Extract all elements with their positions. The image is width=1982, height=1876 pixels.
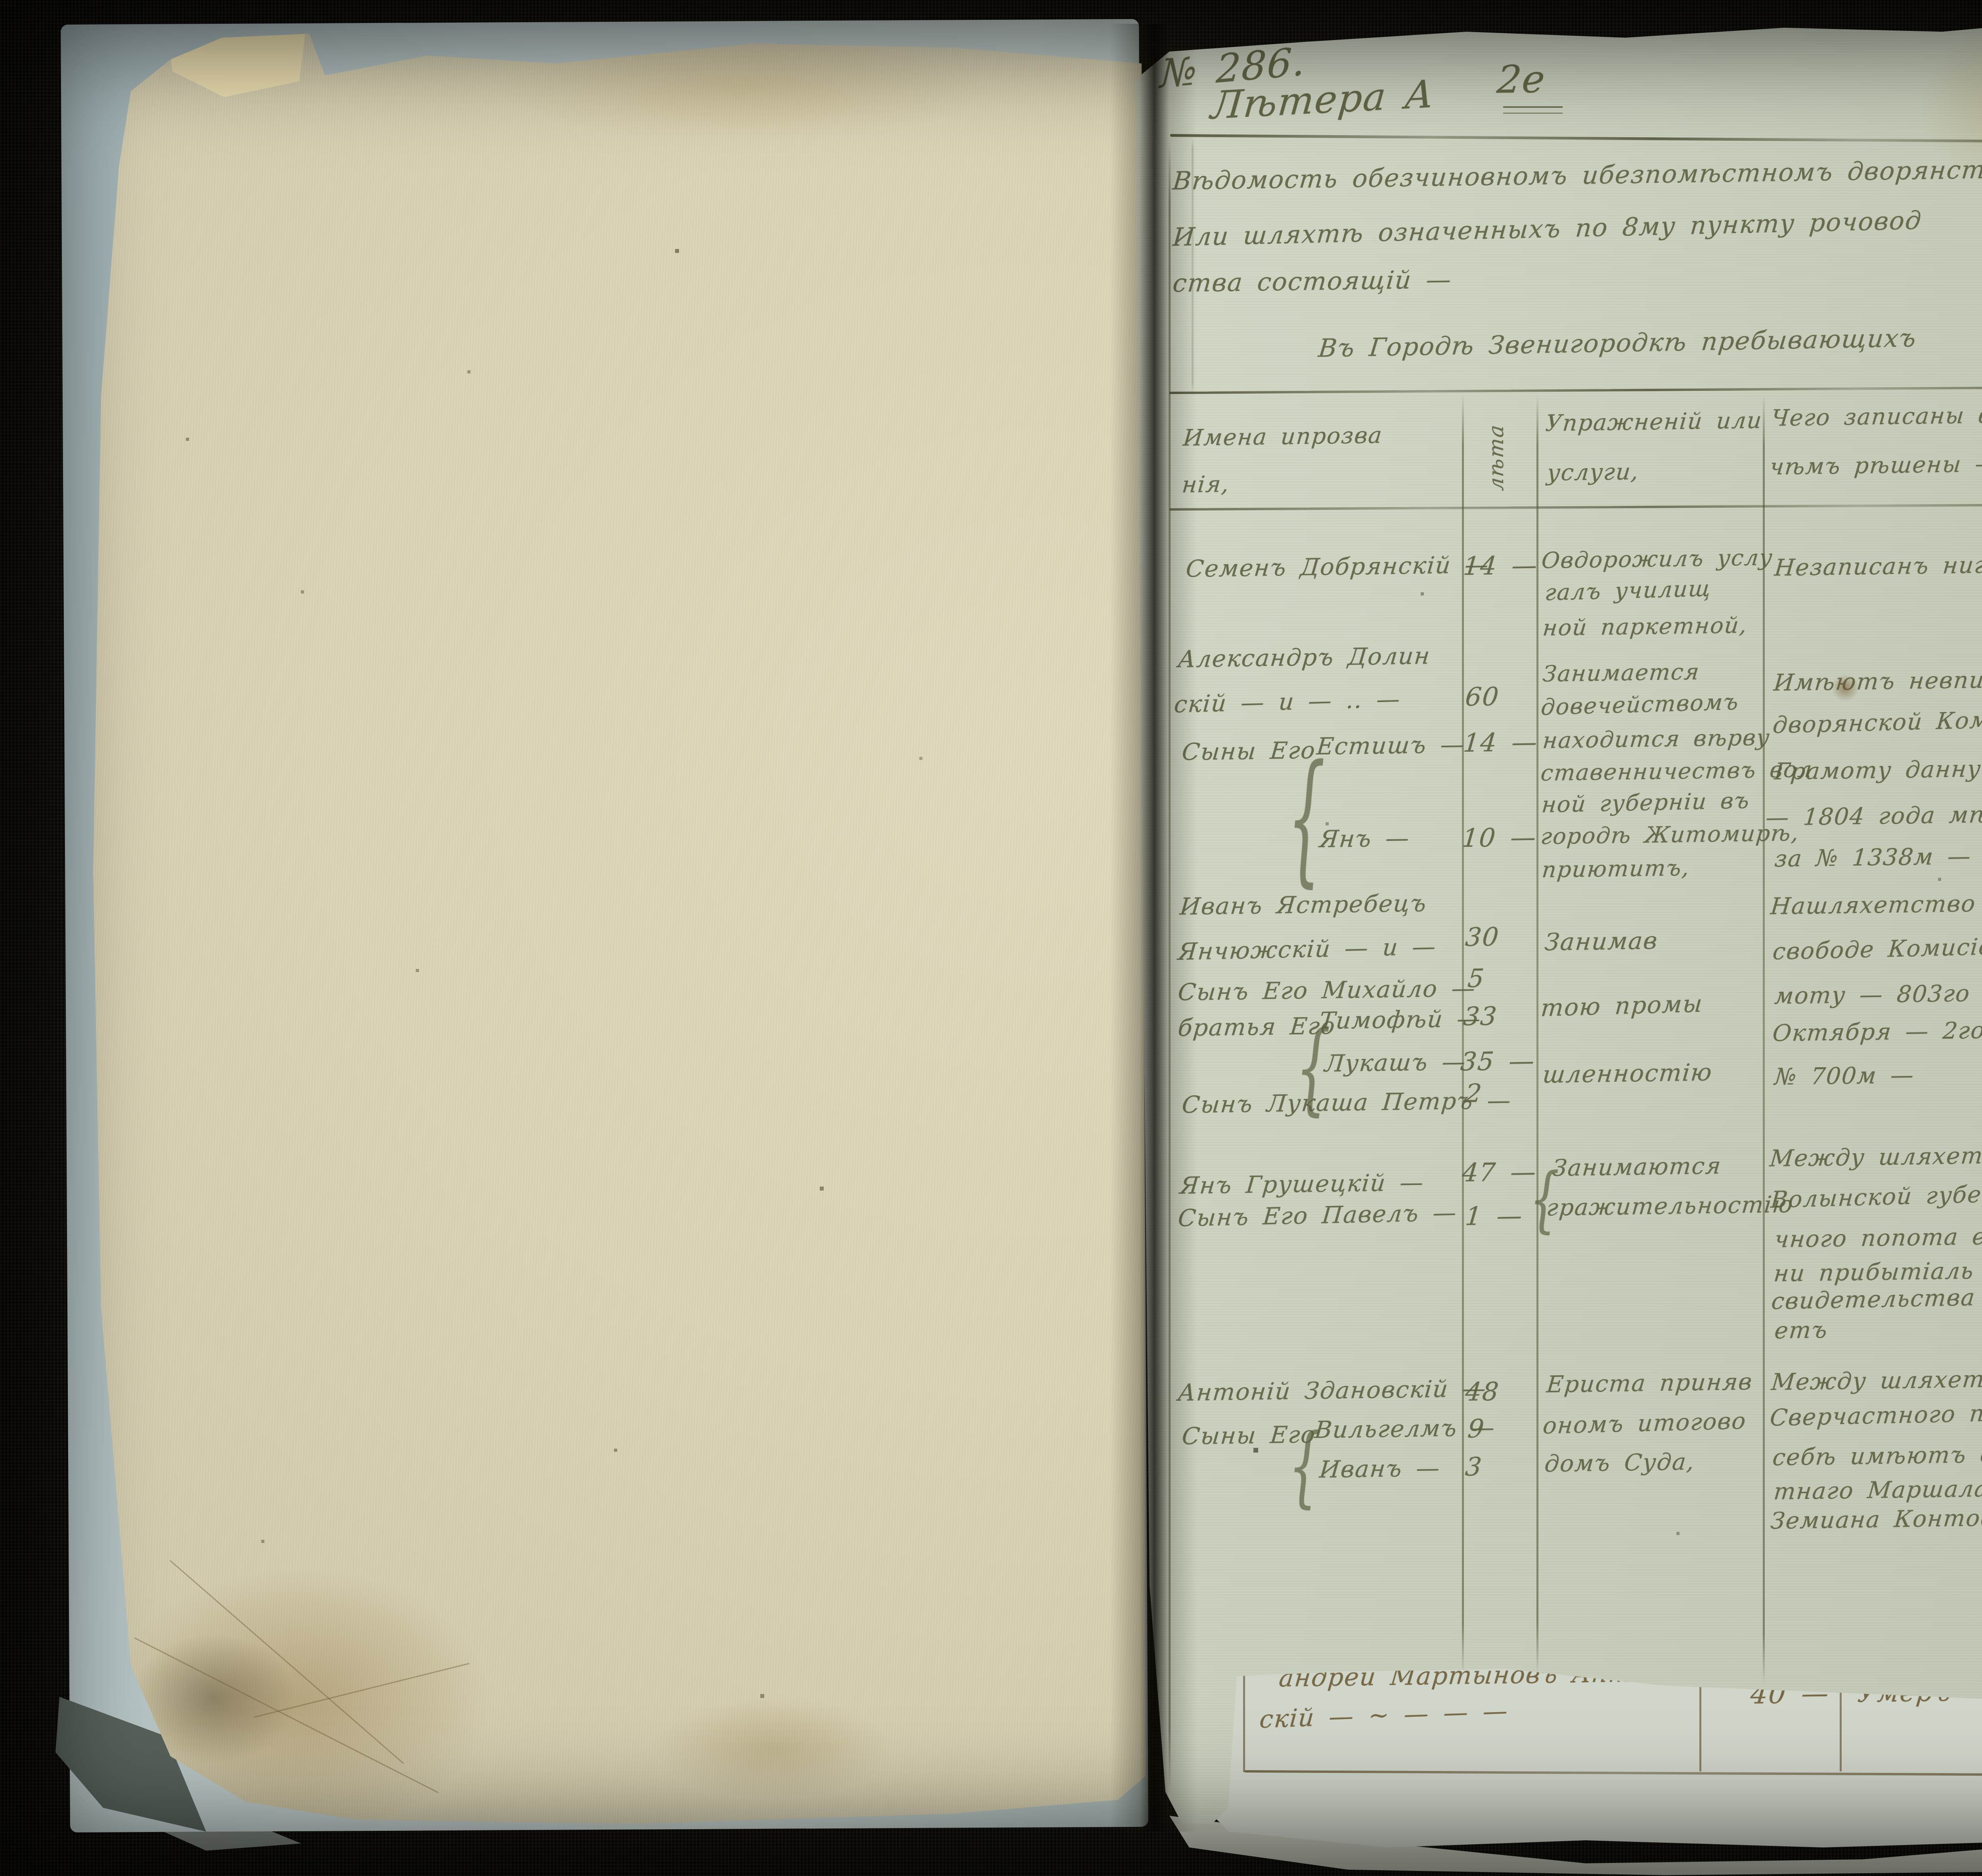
photo-vignette [0,0,1982,1876]
manuscript-photo-scene: 40 андрей Мартыновъ Антоново скій — ~ — … [0,0,1982,1876]
